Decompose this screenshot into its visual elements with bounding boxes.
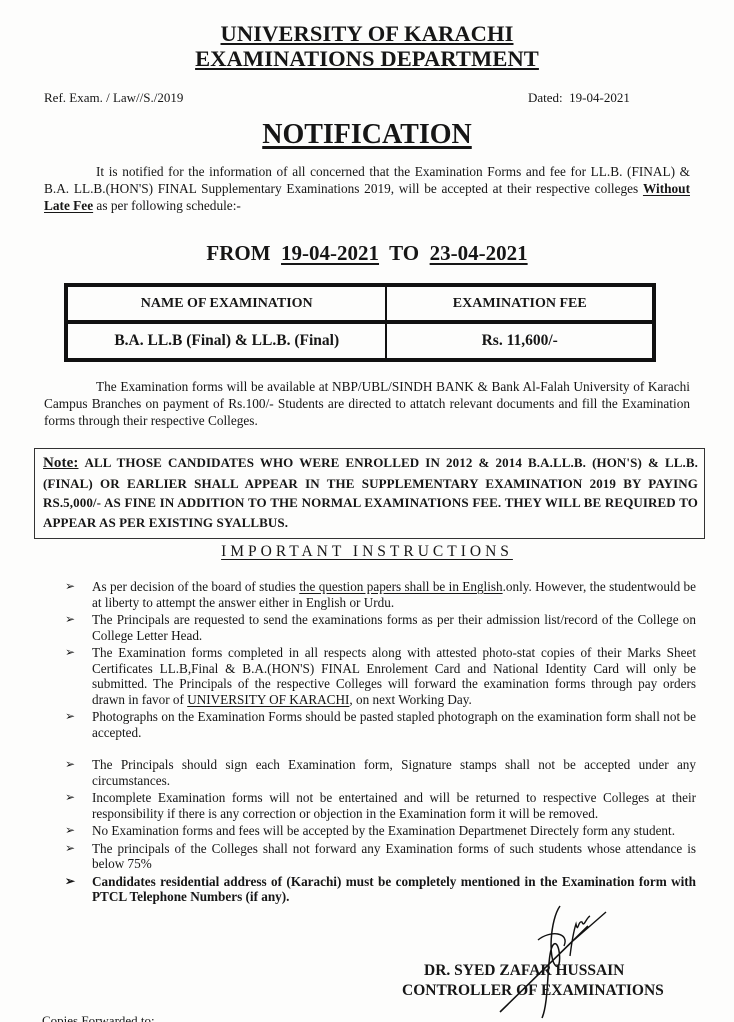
dated-value: 19-04-2021 (569, 90, 630, 105)
instructions-list-1: ➢As per decision of the board of studies… (62, 579, 696, 742)
exam-name-cell: B.A. LL.B (Final) & LL.B. (Final) (66, 322, 386, 360)
instruction-text: Incomplete Examination forms will not be… (92, 790, 696, 821)
instruction-underlined-text: UNIVERSITY OF KARACHI (187, 692, 349, 707)
department-name-text: EXAMINATIONS DEPARTMENT (195, 46, 539, 71)
instruction-item: ➢No Examination forms and fees will be a… (62, 823, 696, 839)
bullet-arrow-icon: ➢ (65, 645, 75, 661)
intro-text: It is notified for the information of al… (44, 164, 690, 196)
reference-number: Ref. Exam. / Law//S./2019 (44, 90, 183, 106)
availability-text: The Examination forms will be available … (44, 379, 690, 428)
dated-label: Dated: (528, 90, 563, 105)
instruction-item: ➢The Examination forms completed in all … (62, 645, 696, 707)
notification-title: NOTIFICATION (0, 118, 734, 152)
bullet-arrow-icon: ➢ (65, 790, 75, 806)
instruction-item: ➢Photographs on the Examination Forms sh… (62, 709, 696, 740)
instruction-item: ➢The Principals should sign each Examina… (62, 757, 696, 788)
bullet-arrow-icon: ➢ (65, 757, 75, 773)
instruction-text-tail: , on next Working Day. (349, 692, 471, 707)
instructions-heading-text: IMPORTANT INSTRUCTIONS (221, 543, 513, 560)
instruction-text: Photographs on the Examination Forms sho… (92, 709, 696, 740)
date-line: Dated: 19-04-2021 (528, 90, 630, 106)
instruction-text: The Principals should sign each Examinat… (92, 757, 696, 788)
university-name-text: UNIVERSITY OF KARACHI (221, 21, 514, 46)
instruction-text: No Examination forms and fees will be ac… (92, 823, 675, 838)
fee-table-header: NAME OF EXAMINATION EXAMINATION FEE (66, 285, 654, 322)
notification-title-text: NOTIFICATION (262, 119, 472, 150)
from-date: 19-04-2021 (281, 241, 379, 265)
instruction-item: ➢As per decision of the board of studies… (62, 579, 696, 610)
instruction-item: ➢Incomplete Examination forms will not b… (62, 790, 696, 821)
intro-tail: as per following schedule:- (93, 198, 241, 213)
bullet-arrow-icon: ➢ (65, 874, 75, 890)
university-name: UNIVERSITY OF KARACHI (0, 22, 734, 46)
availability-paragraph: The Examination forms will be available … (44, 378, 690, 429)
instruction-text: The Principals are requested to send the… (92, 612, 696, 643)
note-text: ALL THOSE CANDIDATES WHO WERE ENROLLED I… (43, 455, 698, 530)
signatory-name: DR. SYED ZAFAR HUSSAIN (424, 962, 624, 980)
fee-table: NAME OF EXAMINATION EXAMINATION FEE B.A.… (64, 283, 656, 362)
instructions-heading: IMPORTANT INSTRUCTIONS (0, 543, 734, 561)
note-box: Note:ALL THOSE CANDIDATES WHO WERE ENROL… (34, 448, 705, 539)
bullet-arrow-icon: ➢ (65, 612, 75, 628)
to-date: 23-04-2021 (430, 241, 528, 265)
instruction-item: ➢The Principals are requested to send th… (62, 612, 696, 643)
instruction-underlined-text: the question papers shall be in English (299, 579, 502, 594)
intro-paragraph: It is notified for the information of al… (44, 163, 690, 214)
header-exam-name: NAME OF EXAMINATION (66, 285, 386, 322)
instruction-text: The principals of the Colleges shall not… (92, 841, 696, 872)
to-label: TO (389, 241, 419, 265)
department-name: EXAMINATIONS DEPARTMENT (0, 47, 734, 71)
exam-fee-cell: Rs. 11,600/- (386, 322, 654, 360)
copies-forwarded: Copies Forwarded to: (42, 1013, 155, 1022)
schedule-dates: FROM 19-04-2021 TO 23-04-2021 (0, 241, 734, 266)
table-row: B.A. LL.B (Final) & LL.B. (Final) Rs. 11… (66, 322, 654, 360)
signature-mark (490, 900, 610, 1020)
signatory-title: CONTROLLER OF EXAMINATIONS (402, 982, 664, 1000)
header-exam-fee: EXAMINATION FEE (386, 285, 654, 322)
bullet-arrow-icon: ➢ (65, 579, 75, 595)
bullet-arrow-icon: ➢ (65, 823, 75, 839)
bullet-arrow-icon: ➢ (65, 709, 75, 725)
from-label: FROM (206, 241, 270, 265)
instruction-text: As per decision of the board of studies (92, 579, 299, 594)
bullet-arrow-icon: ➢ (65, 841, 75, 857)
note-label: Note: (43, 455, 78, 471)
instructions-list-2: ➢The Principals should sign each Examina… (62, 757, 696, 907)
instruction-item: ➢The principals of the Colleges shall no… (62, 841, 696, 872)
